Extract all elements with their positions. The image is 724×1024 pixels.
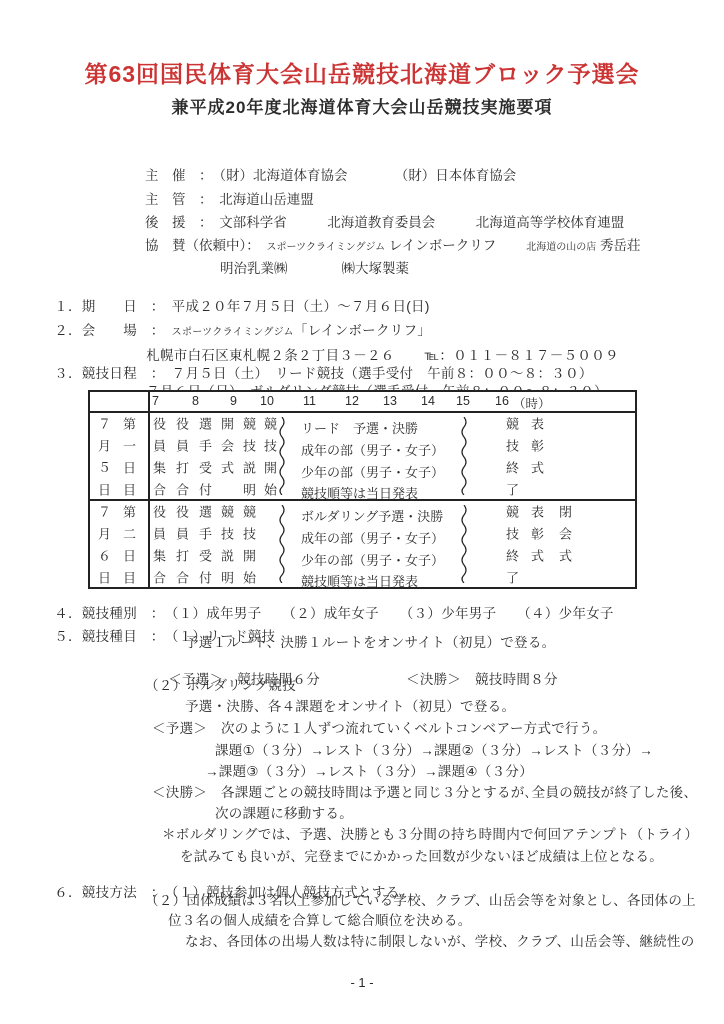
lead-description: 予選１ルート、決勝１ルートをオンサイト（初見）で登る。 — [185, 631, 555, 651]
event-vertical: 競技開始 — [263, 417, 276, 505]
event-line: 少年の部（男子・女子） — [301, 462, 444, 481]
hour-label: 15 — [456, 394, 470, 408]
schedule-header-spacer — [90, 392, 150, 411]
boulder-flow-line2: →課題③（３分）→レスト（３分）→課題④（３分） — [205, 760, 533, 780]
page-title: 第63回国民体育大会山岳競技北海道ブロック予選会 — [0, 56, 724, 89]
item5-label: ５．競技種目 ： — [54, 629, 171, 644]
day2-date-cell: ７月６日 第二日目 — [90, 501, 150, 587]
hour-label: 16 — [495, 394, 509, 408]
schedule-table: 7 8 9 10 11 12 13 14 15 16 （時） ７月５日 第一日目… — [88, 390, 637, 589]
document-page: 第63回国民体育大会山岳競技北海道ブロック予選会 兼平成20年度北海道体育大会山… — [0, 0, 724, 1024]
page-number: - 1 - — [0, 975, 724, 990]
event-line: 成年の部（男子・女子） — [301, 528, 444, 547]
day2-content-cell: 役員集合 役員打合 選手受付 競技説明 競技開始 ボルダリング予選・決勝 成年の… — [150, 501, 635, 587]
event-line: 競技順等は当日発表 — [301, 483, 418, 502]
event-vertical: 選手受付 — [198, 417, 211, 505]
boulder-qualifier-desc: ＜予選＞ 次のように１人ずつ流れていくベルトコンベアー方式で行う。 — [152, 717, 606, 737]
method-2-line3: なお、各団体の出場人数は特に制限しないが、学校、クラブ、山岳会等、継続性の — [185, 930, 695, 950]
day1-date-vertical: ７月５日 — [97, 417, 110, 505]
hour-unit-label: （時） — [513, 394, 551, 412]
event-vertical: 役員集合 — [152, 417, 165, 505]
event-vertical: 開会式 — [220, 417, 233, 483]
hour-label: 7 — [152, 394, 159, 408]
schedule-row-day2: ７月６日 第二日目 役員集合 役員打合 選手受付 競技説明 競技開始 ボルダリン… — [90, 501, 635, 587]
event-vertical: 選手受付 — [198, 505, 211, 593]
sponsor-shop-name: 秀岳荘 — [600, 238, 641, 253]
boulder-final-desc2: 次の課題に移動する。 — [215, 802, 353, 822]
event-vertical: 役員集合 — [152, 505, 165, 593]
event-line: ボルダリング予選・決勝 — [301, 506, 443, 525]
day2-date-vertical: ７月６日 — [97, 505, 110, 593]
boulder-note-line2: を試みても良いが、完登までにかかった回数が少ないほど成績は上位となる。 — [180, 845, 663, 865]
lead-final-time: ＜決勝＞ 競技時間８分 — [406, 672, 558, 687]
boulder-note-line1: ＊ボルダリングでは、予選、決勝とも３分間の持ち時間内で何回アテンプト（トライ） — [162, 823, 698, 843]
schedule-row-day1: ７月５日 第一日目 役員集合 役員打合 選手受付 開会式 競技説明 競技開始 リ… — [90, 413, 635, 501]
method-2-line1: （２）団体成績は３名以上参加している学校、クラブ、山岳会等を対象とし、各団体の上 — [145, 889, 696, 909]
schedule-header-row: 7 8 9 10 11 12 13 14 15 16 （時） — [90, 392, 635, 413]
event-vertical: 閉会式 — [558, 505, 571, 571]
event-vertical: 競技終了 — [505, 505, 518, 593]
boulder-final-desc1: ＜決勝＞ 各課題ごとの競技時間は予選と同じ３分とするが､全員の競技が終了した後、 — [152, 781, 697, 801]
day1-date-cell: ７月５日 第一日目 — [90, 413, 150, 499]
event-vertical: 表彰式 — [530, 505, 543, 571]
hour-label: 8 — [192, 394, 199, 408]
event-vertical: 競技開始 — [242, 505, 255, 593]
boulder-description: 予選・決勝、各４課題をオンサイト（初見）で登る。 — [185, 695, 515, 715]
boulder-heading: （２）ボルダリング競技 — [145, 674, 296, 694]
page-subtitle: 兼平成20年度北海道体育大会山岳競技実施要項 — [0, 93, 724, 118]
boulder-flow-line1: 課題①（３分）→レスト（３分）→課題②（３分）→レスト（３分）→ — [215, 739, 653, 759]
event-vertical: 役員打合 — [175, 505, 188, 593]
wavy-line-icon — [459, 417, 469, 495]
wavy-line-icon — [277, 505, 287, 583]
event-line: リード 予選・決勝 — [301, 418, 418, 437]
hour-label: 10 — [260, 394, 274, 408]
sponsor-line2: 明治乳業㈱ ㈱大塚製薬 — [220, 261, 409, 276]
hour-label: 9 — [230, 394, 237, 408]
event-vertical: 表彰式 — [530, 417, 543, 483]
wavy-line-icon — [277, 417, 287, 495]
event-line: 少年の部（男子・女子） — [301, 550, 444, 569]
event-vertical: 競技説明 — [242, 417, 255, 505]
event-vertical: 競技説明 — [220, 505, 233, 593]
event-line: 成年の部（男子・女子） — [301, 440, 444, 459]
event-vertical: 役員打合 — [175, 417, 188, 505]
hour-label: 14 — [421, 394, 435, 408]
sponsor-shop-prefix: 北海道の山の店 — [526, 242, 596, 253]
event-vertical: 競技終了 — [505, 417, 518, 505]
method-2-line2: 位３名の個人成績を合算して総合順位を決める。 — [168, 909, 472, 929]
day1-label-vertical: 第一日目 — [122, 417, 135, 505]
hour-label: 12 — [345, 394, 359, 408]
hour-label: 11 — [303, 394, 316, 408]
hour-label: 13 — [383, 394, 397, 408]
day2-label-vertical: 第二日目 — [122, 505, 135, 593]
wavy-line-icon — [459, 505, 469, 583]
schedule-header-hours: 7 8 9 10 11 12 13 14 15 16 （時） — [150, 392, 635, 411]
day1-content-cell: 役員集合 役員打合 選手受付 開会式 競技説明 競技開始 リード 予選・決勝 成… — [150, 413, 635, 499]
